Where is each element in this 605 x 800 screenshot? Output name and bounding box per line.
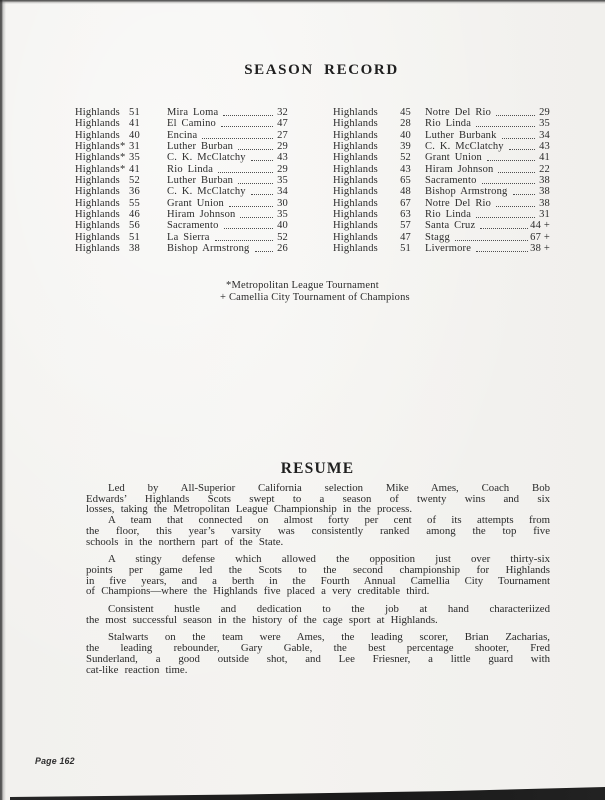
opponent-name: Stagg	[425, 232, 450, 243]
team-score: 63	[391, 209, 411, 220]
dotted-leader	[513, 194, 536, 195]
dotted-leader	[238, 149, 273, 150]
resume-paragraph: Led by All-Superior California selection…	[86, 483, 550, 515]
opponent-score: 41	[537, 152, 550, 163]
dotted-leader	[496, 115, 535, 116]
opponent-score: 34	[275, 186, 288, 197]
opponent-name: Encina	[167, 130, 197, 141]
team-score: 52	[391, 152, 411, 163]
opponent-score: 35	[275, 175, 288, 186]
dotted-leader	[476, 251, 528, 252]
team-score: 46	[129, 209, 139, 220]
game-row: Highlands51Livermore38 +	[333, 243, 550, 254]
scan-edge-bottom	[0, 784, 605, 800]
team-name: Highlands	[333, 243, 391, 254]
game-row: Highlands*31Luther Burban29	[75, 141, 288, 152]
game-row: Highlands36C. K. McClatchy34	[75, 186, 288, 197]
opponent-name: Bishop Armstrong	[167, 243, 250, 254]
opponent-name: Sacramento	[425, 175, 477, 186]
dotted-leader	[251, 194, 273, 195]
team-name: Highlands	[333, 164, 391, 175]
game-row: Highlands63Rio Linda31	[333, 209, 550, 220]
dotted-leader	[238, 183, 273, 184]
dotted-leader	[229, 206, 273, 207]
opponent-name: Hiram Johnson	[425, 164, 493, 175]
dotted-leader	[223, 115, 273, 116]
opponent-name: Mira Loma	[167, 107, 218, 118]
opponent-name: Rio Linda	[425, 209, 471, 220]
opponent-name: Rio Linda	[167, 164, 213, 175]
opponent-name: Livermore	[425, 243, 471, 254]
opponent-score: 38	[537, 175, 550, 186]
opponent-name: Notre Del Rio	[425, 107, 491, 118]
team-score: 31	[129, 141, 139, 152]
game-row: Highlands52Luther Burban35	[75, 175, 288, 186]
team-score: 43	[391, 164, 411, 175]
game-row: Highlands57Santa Cruz44 +	[333, 220, 550, 231]
team-name: Highlands	[75, 175, 129, 186]
team-score: 28	[391, 118, 411, 129]
team-name: Highlands	[75, 209, 129, 220]
game-row: Highlands45Notre Del Rio29	[333, 107, 550, 118]
game-row: Highlands47Stagg67 +	[333, 232, 550, 243]
opponent-score: 27	[275, 130, 288, 141]
opponent-name: C. K. McClatchy	[167, 152, 246, 163]
dotted-leader	[202, 138, 273, 139]
team-score: 51	[391, 243, 411, 254]
resume-paragraph: A stingy defense which allowed the oppos…	[86, 554, 550, 597]
team-name: Highlands	[333, 209, 391, 220]
team-name: Highlands	[333, 220, 391, 231]
dotted-leader	[502, 138, 535, 139]
dotted-leader	[496, 206, 535, 207]
opponent-name: Luther Burbank	[425, 130, 497, 141]
opponent-score: 30	[275, 198, 288, 209]
team-score: 38	[129, 243, 139, 254]
opponent-score: 38	[537, 198, 550, 209]
opponent-score: 47	[275, 118, 288, 129]
dotted-leader	[251, 160, 273, 161]
opponent-score: 67 +	[530, 232, 550, 243]
team-score: 67	[391, 198, 411, 209]
team-score: 51	[129, 232, 139, 243]
resume-line: the floor, this year’s varsity was consi…	[86, 526, 550, 537]
resume-title: RESUME	[0, 460, 605, 478]
dotted-leader	[482, 183, 535, 184]
resume-line: cat-like reaction time.	[86, 665, 550, 676]
team-name: Highlands	[75, 198, 129, 209]
game-row: Highlands40Luther Burbank34	[333, 130, 550, 141]
scoreboard-column-left: Highlands51Mira Loma32Highlands41El Cami…	[75, 107, 288, 254]
team-score: 52	[129, 175, 139, 186]
team-score: 40	[129, 130, 139, 141]
team-score: 36	[129, 186, 139, 197]
team-score: 57	[391, 220, 411, 231]
team-name: Highlands	[75, 243, 129, 254]
game-row: Highlands*35C. K. McClatchy43	[75, 152, 288, 163]
game-row: Highlands40Encina27	[75, 130, 288, 141]
resume-line: Sunderland, a good outside shot, and Lee…	[86, 654, 550, 665]
opponent-name: Santa Cruz	[425, 220, 475, 231]
team-name: Highlands	[75, 107, 129, 118]
opponent-name: Rio Linda	[425, 118, 471, 129]
game-row: Highlands46Hiram Johnson35	[75, 209, 288, 220]
game-row: Highlands67Notre Del Rio38	[333, 198, 550, 209]
game-row: Highlands52Grant Union41	[333, 152, 550, 163]
game-row: Highlands55Grant Union30	[75, 198, 288, 209]
opponent-name: Grant Union	[167, 198, 224, 209]
game-row: Highlands48Bishop Armstrong38	[333, 186, 550, 197]
opponent-name: Bishop Armstrong	[425, 186, 508, 197]
opponent-score: 43	[537, 141, 550, 152]
game-row: Highlands*41Rio Linda29	[75, 164, 288, 175]
scoreboard-column-right: Highlands45Notre Del Rio29Highlands28Rio…	[333, 107, 550, 254]
dotted-leader	[240, 217, 273, 218]
team-name: Highlands	[333, 118, 391, 129]
game-row: Highlands41El Camino47	[75, 118, 288, 129]
team-name: Highlands	[333, 141, 391, 152]
opponent-name: Grant Union	[425, 152, 482, 163]
opponent-name: El Camino	[167, 118, 216, 129]
opponent-score: 29	[537, 107, 550, 118]
scan-edge-top	[0, 0, 605, 4]
opponent-name: Luther Burban	[167, 175, 233, 186]
team-score: 41	[129, 118, 139, 129]
dotted-leader	[255, 251, 274, 252]
dotted-leader	[218, 172, 273, 173]
footnotes: *Metropolitan League Tournament + Camell…	[220, 280, 410, 304]
team-score: 56	[129, 220, 139, 231]
team-score: 55	[129, 198, 139, 209]
yearbook-page: SEASON RECORD Highlands51Mira Loma32High…	[0, 0, 605, 800]
page-number: Page 162	[35, 756, 75, 766]
team-score: 40	[391, 130, 411, 141]
game-row: Highlands38Bishop Armstrong26	[75, 243, 288, 254]
team-score: 47	[391, 232, 411, 243]
team-score: 39	[391, 141, 411, 152]
opponent-score: 34	[537, 130, 550, 141]
opponent-name: C. K. McClatchy	[167, 186, 246, 197]
resume-paragraph: Consistent hustle and dedication to the …	[86, 604, 550, 625]
resume-paragraph: A team that connected on almost forty pe…	[86, 515, 550, 547]
team-name: Highlands*	[75, 152, 129, 163]
resume-paragraphs: Led by All-Superior California selection…	[86, 483, 550, 675]
opponent-score: 31	[537, 209, 550, 220]
team-score: 45	[391, 107, 411, 118]
resume-paragraph: Stalwarts on the team were Ames, the lea…	[86, 632, 550, 675]
opponent-score: 32	[275, 107, 288, 118]
team-name: Highlands	[75, 118, 129, 129]
game-row: Highlands56Sacramento40	[75, 220, 288, 231]
team-name: Highlands*	[75, 164, 129, 175]
opponent-name: C. K. McClatchy	[425, 141, 504, 152]
team-name: Highlands	[75, 220, 129, 231]
season-record-title: SEASON RECORD	[0, 62, 605, 79]
opponent-score: 38 +	[530, 243, 550, 254]
team-name: Highlands	[333, 232, 391, 243]
team-name: Highlands*	[75, 141, 129, 152]
dotted-leader	[455, 240, 528, 241]
dotted-leader	[221, 126, 273, 127]
opponent-score: 35	[537, 118, 550, 129]
team-name: Highlands	[333, 175, 391, 186]
dotted-leader	[476, 126, 535, 127]
game-row: Highlands43Hiram Johnson22	[333, 164, 550, 175]
opponent-score: 22	[537, 164, 550, 175]
dotted-leader	[224, 228, 273, 229]
dotted-leader	[476, 217, 535, 218]
team-score: 35	[129, 152, 139, 163]
dotted-leader	[480, 228, 528, 229]
opponent-name: Sacramento	[167, 220, 219, 231]
team-name: Highlands	[333, 186, 391, 197]
team-score: 65	[391, 175, 411, 186]
opponent-name: La Sierra	[167, 232, 210, 243]
dotted-leader	[498, 172, 535, 173]
team-name: Highlands	[75, 186, 129, 197]
resume-line: of Champions—where the Highlands five pl…	[86, 586, 550, 597]
resume-line: the most successful season in the histor…	[86, 615, 550, 626]
dotted-leader	[215, 240, 273, 241]
team-name: Highlands	[333, 198, 391, 209]
scoreboard: Highlands51Mira Loma32Highlands41El Cami…	[75, 107, 550, 254]
opponent-score: 26	[275, 243, 288, 254]
team-name: Highlands	[333, 130, 391, 141]
team-score: 51	[129, 107, 139, 118]
team-name: Highlands	[333, 107, 391, 118]
game-row: Highlands51La Sierra52	[75, 232, 288, 243]
opponent-score: 29	[275, 141, 288, 152]
opponent-name: Luther Burban	[167, 141, 233, 152]
game-row: Highlands65Sacramento38	[333, 175, 550, 186]
opponent-score: 35	[275, 209, 288, 220]
dotted-leader	[487, 160, 535, 161]
scan-edge-left	[0, 0, 6, 800]
opponent-name: Notre Del Rio	[425, 198, 491, 209]
team-score: 48	[391, 186, 411, 197]
team-name: Highlands	[75, 232, 129, 243]
opponent-score: 43	[275, 152, 288, 163]
opponent-name: Hiram Johnson	[167, 209, 235, 220]
team-score: 41	[129, 164, 139, 175]
opponent-score: 52	[275, 232, 288, 243]
team-name: Highlands	[333, 152, 391, 163]
footnote-metropolitan-league: *Metropolitan League Tournament	[226, 280, 410, 292]
game-row: Highlands39C. K. McClatchy43	[333, 141, 550, 152]
resume-line: schools in the northern part of the Stat…	[86, 537, 550, 548]
opponent-score: 38	[537, 186, 550, 197]
game-row: Highlands51Mira Loma32	[75, 107, 288, 118]
team-name: Highlands	[75, 130, 129, 141]
opponent-score: 29	[275, 164, 288, 175]
opponent-score: 40	[275, 220, 288, 231]
dotted-leader	[509, 149, 535, 150]
game-row: Highlands28Rio Linda35	[333, 118, 550, 129]
opponent-score: 44 +	[530, 220, 550, 231]
footnote-camellia-city: + Camellia City Tournament of Champions	[220, 292, 410, 304]
